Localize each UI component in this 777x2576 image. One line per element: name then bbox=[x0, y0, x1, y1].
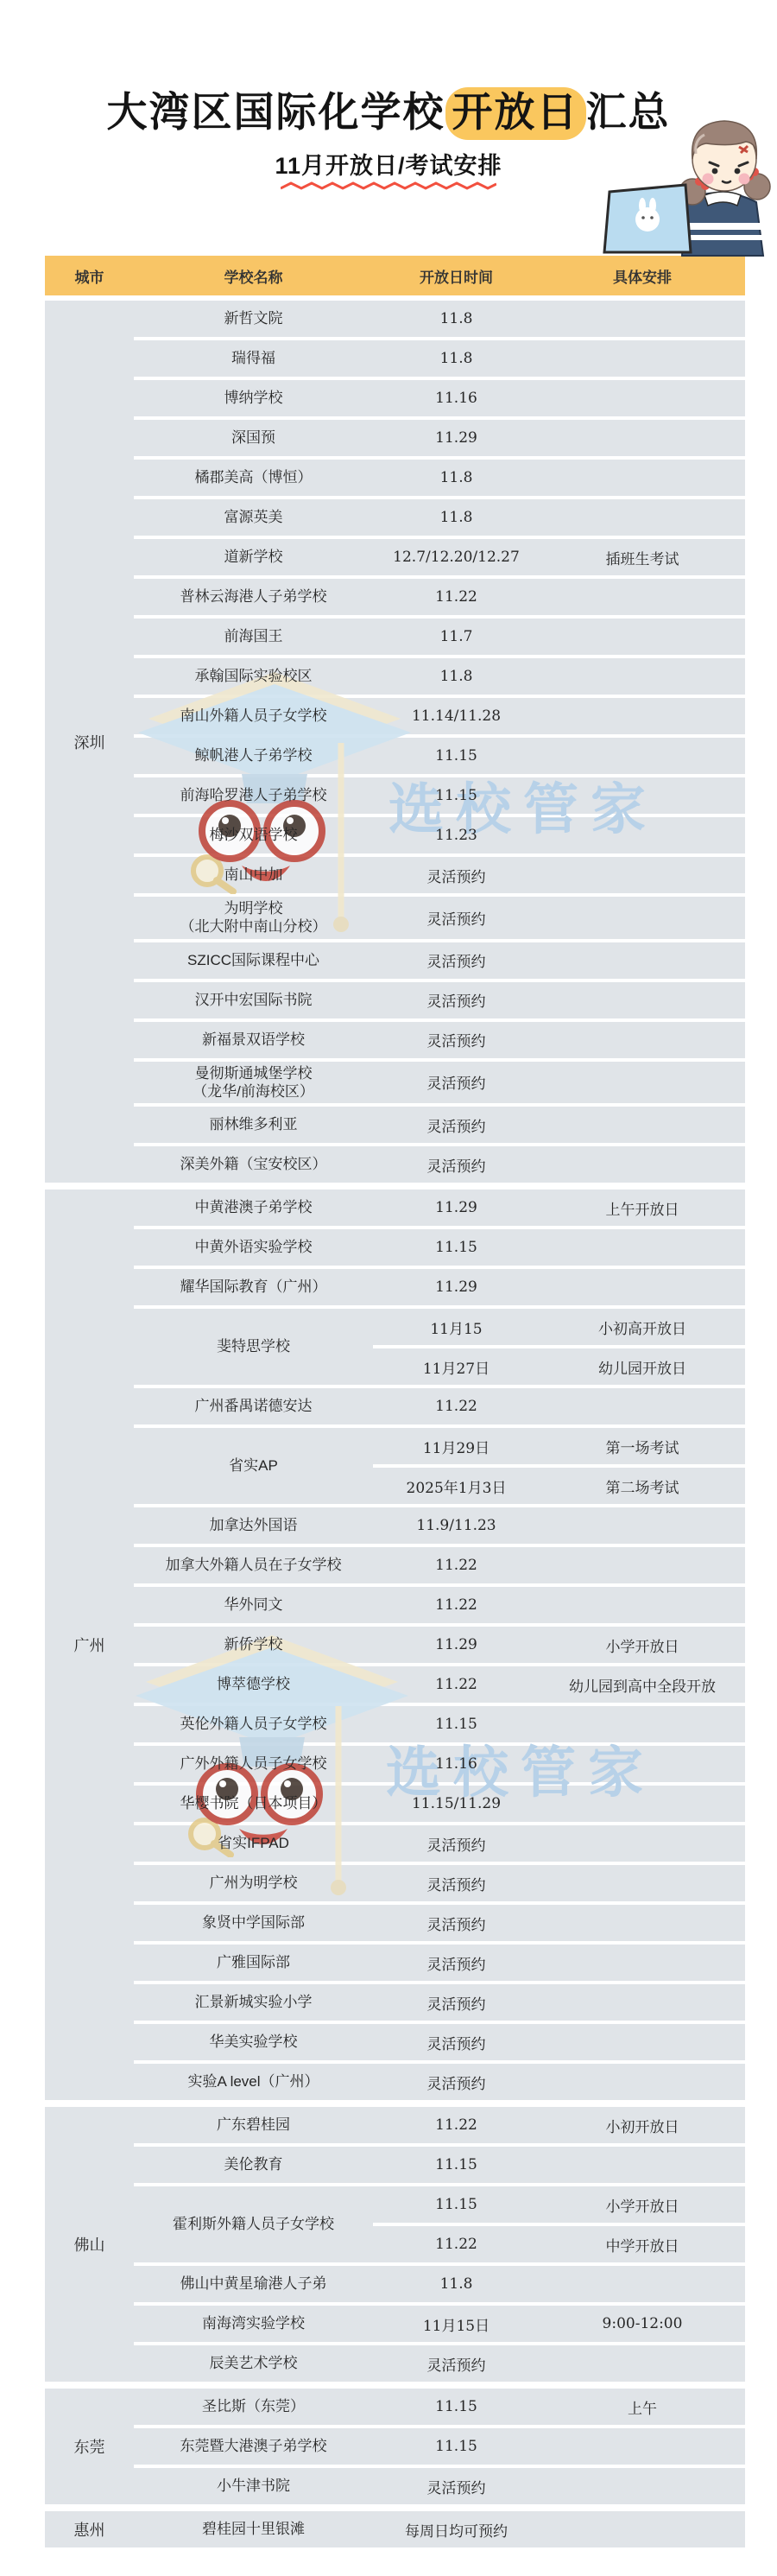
arrangement-cell bbox=[540, 619, 745, 655]
open-date-cell: 每周日均可预约 bbox=[373, 2511, 540, 2547]
arrangement-cell bbox=[540, 1786, 745, 1822]
arrangement: 中学开放日 bbox=[606, 2234, 679, 2256]
open-date-cell: 11.15/11.29 bbox=[373, 1786, 540, 1822]
open-date: 灵活预约 bbox=[427, 1952, 486, 1974]
open-date-cell: 灵活预约 bbox=[373, 1825, 540, 1862]
school-name-cell: 小牛津书院 bbox=[134, 2468, 373, 2504]
school-name-cell: 新哲文院 bbox=[134, 301, 373, 337]
table-row: 前海哈罗港人子弟学校11.15 bbox=[134, 777, 745, 814]
school-name: 中黄港澳子弟学校 bbox=[195, 1198, 313, 1216]
open-date-cell: 灵活预约 bbox=[373, 2468, 540, 2504]
school-name-cell: 象贤中学国际部 bbox=[134, 1905, 373, 1941]
open-date-cell: 11.15 bbox=[373, 2147, 540, 2183]
table-subrow: 11.22中学开放日 bbox=[373, 2226, 745, 2262]
school-name: 省实IFPAD bbox=[218, 1834, 289, 1852]
school-name: 加拿达外国语 bbox=[210, 1516, 298, 1534]
open-date-cell: 灵活预约 bbox=[373, 1022, 540, 1058]
arrangement-cell bbox=[540, 1945, 745, 1981]
school-name-cell: 橘郡美高（博恒） bbox=[134, 460, 373, 496]
table-row: 博萃德学校11.22幼儿园到高中全段开放 bbox=[134, 1666, 745, 1703]
arrangement-cell bbox=[540, 2064, 745, 2100]
open-date: 11.22 bbox=[435, 1596, 477, 1614]
school-name-cell: 华美实验学校 bbox=[134, 2024, 373, 2060]
school-name-cell: 道新学校 bbox=[134, 539, 373, 575]
school-name: 道新学校 bbox=[224, 548, 283, 566]
open-date-cell: 11.29 bbox=[373, 1269, 540, 1305]
arrangement: 小学开放日 bbox=[606, 1634, 679, 1656]
open-date: 11.15 bbox=[435, 2156, 477, 2173]
school-name: 鲸帆港人子弟学校 bbox=[195, 746, 313, 765]
school-name-cell: 斐特思学校 bbox=[134, 1309, 373, 1385]
school-name: 博萃德学校 bbox=[217, 1675, 290, 1693]
arrangement-cell: 上午 bbox=[540, 2389, 745, 2425]
open-date: 灵活预约 bbox=[427, 907, 486, 929]
open-date: 灵活预约 bbox=[427, 2072, 486, 2093]
table-row: 耀华国际教育（广州）11.29 bbox=[134, 1269, 745, 1305]
table-row: 实验A level（广州）灵活预约 bbox=[134, 2064, 745, 2100]
city-cell: 深圳 bbox=[45, 301, 134, 1183]
open-date-cell: 11.8 bbox=[373, 658, 540, 695]
school-name: 辰美艺术学校 bbox=[210, 2354, 298, 2372]
title-prefix: 大湾区国际化学校 bbox=[107, 89, 445, 135]
arrangement-cell bbox=[540, 1388, 745, 1424]
school-name-cell: 博纳学校 bbox=[134, 380, 373, 416]
open-date-cell: 11.16 bbox=[373, 380, 540, 416]
open-date: 灵活预约 bbox=[427, 2032, 486, 2053]
school-name-cell: 南山中加 bbox=[134, 857, 373, 893]
school-name: 富源英美 bbox=[224, 508, 283, 526]
open-date: 11.9/11.23 bbox=[416, 1517, 496, 1534]
arrangement-cell: 插班生考试 bbox=[540, 539, 745, 575]
table-subrow: 11月27日幼儿园开放日 bbox=[373, 1348, 745, 1385]
table-row: 汇景新城实验小学灵活预约 bbox=[134, 1984, 745, 2021]
open-date: 灵活预约 bbox=[427, 1833, 486, 1855]
table-row: 霍利斯外籍人员子女学校11.15小学开放日11.22中学开放日 bbox=[134, 2186, 745, 2262]
header-city-label: 城市 bbox=[75, 265, 104, 287]
school-name-cell: 东莞暨大港澳子弟学校 bbox=[134, 2428, 373, 2465]
table-row: 博纳学校11.16 bbox=[134, 380, 745, 416]
open-date: 11.22 bbox=[435, 1398, 477, 1415]
section-rows: 碧桂园十里银滩每周日均可预约 bbox=[134, 2511, 745, 2547]
city-section: 东莞圣比斯（东莞）11.15上午东莞暨大港澳子弟学校11.15小牛津书院灵活预约 bbox=[45, 2389, 745, 2504]
open-date: 11.8 bbox=[440, 469, 473, 486]
section-rows: 中黄港澳子弟学校11.29上午开放日中黄外语实验学校11.15耀华国际教育（广州… bbox=[134, 1190, 745, 2100]
arrangement-cell: 小学开放日 bbox=[540, 1627, 745, 1663]
school-name: 东莞暨大港澳子弟学校 bbox=[180, 2437, 327, 2455]
city-cell: 佛山 bbox=[45, 2107, 134, 2382]
school-name: 耀华国际教育（广州） bbox=[180, 1278, 327, 1296]
open-date: 11.15 bbox=[435, 2438, 477, 2455]
header-city: 城市 bbox=[45, 265, 134, 287]
table-row: 深美外籍（宝安校区）灵活预约 bbox=[134, 1146, 745, 1183]
school-name-cell: 耀华国际教育（广州） bbox=[134, 1269, 373, 1305]
school-name: 瑞得福 bbox=[231, 349, 275, 367]
open-date-cell: 11.29 bbox=[373, 1627, 540, 1663]
open-date-cell: 11月29日 bbox=[373, 1428, 540, 1464]
open-date: 11.22 bbox=[435, 1676, 477, 1693]
open-date-cell: 11.22 bbox=[373, 2107, 540, 2143]
table-row: 梅沙双语学校11.23 bbox=[134, 817, 745, 853]
section-rows: 圣比斯（东莞）11.15上午东莞暨大港澳子弟学校11.15小牛津书院灵活预约 bbox=[134, 2389, 745, 2504]
table-header-row: 城市 学校名称 开放日时间 具体安排 bbox=[45, 256, 745, 295]
open-date: 11.15/11.29 bbox=[412, 1795, 501, 1812]
open-date: 11.8 bbox=[440, 310, 473, 327]
arrangement-cell bbox=[540, 1062, 745, 1104]
open-date: 11.29 bbox=[435, 1636, 477, 1653]
school-name-cell: 博萃德学校 bbox=[134, 1666, 373, 1703]
arrangement-cell bbox=[540, 2147, 745, 2183]
school-name: 普林云海港人子弟学校 bbox=[180, 587, 327, 606]
table-row: 广州为明学校灵活预约 bbox=[134, 1865, 745, 1901]
table-row: 为明学校 （北大附中南山分校）灵活预约 bbox=[134, 897, 745, 939]
school-name: 梅沙双语学校 bbox=[210, 826, 298, 844]
arrangement: 插班生考试 bbox=[606, 547, 679, 568]
table-row: 曼彻斯通城堡学校 （龙华/前海校区）灵活预约 bbox=[134, 1062, 745, 1104]
open-date: 11.16 bbox=[435, 390, 477, 407]
table-subrow: 11月15小初高开放日 bbox=[373, 1309, 745, 1345]
arrangement-cell: 小初高开放日 bbox=[540, 1309, 745, 1345]
arrangement-cell bbox=[540, 897, 745, 939]
open-date: 11月15日 bbox=[423, 2313, 490, 2335]
table-row: 丽林维多利亚灵活预约 bbox=[134, 1107, 745, 1143]
table-row: 承翰国际实验校区11.8 bbox=[134, 658, 745, 695]
city-label: 广州 bbox=[74, 1634, 105, 1656]
school-name-cell: 汇景新城实验小学 bbox=[134, 1984, 373, 2021]
header-note: 具体安排 bbox=[540, 265, 745, 287]
title-highlight: 开放日 bbox=[445, 87, 586, 140]
school-name-cell: 深国预 bbox=[134, 420, 373, 456]
city-label: 深圳 bbox=[74, 731, 105, 753]
arrangement-cell: 上午开放日 bbox=[540, 1190, 745, 1226]
arrangement-cell bbox=[540, 420, 745, 456]
school-name: 华美实验学校 bbox=[210, 2033, 298, 2051]
arrangement-cell bbox=[540, 1746, 745, 1782]
table-row: 美伦教育11.15 bbox=[134, 2147, 745, 2183]
open-date-cell: 11.15 bbox=[373, 2389, 540, 2425]
open-date: 灵活预约 bbox=[427, 1913, 486, 1934]
arrangement-cell: 幼儿园开放日 bbox=[540, 1348, 745, 1385]
open-date-cell: 11.9/11.23 bbox=[373, 1507, 540, 1544]
table-sections: 深圳新哲文院11.8瑞得福11.8博纳学校11.16深国预11.29橘郡美高（博… bbox=[45, 301, 745, 2547]
open-date-cell: 11月15 bbox=[373, 1309, 540, 1345]
open-date: 11.22 bbox=[435, 2236, 477, 2253]
school-name: 中黄外语实验学校 bbox=[195, 1238, 313, 1256]
arrangement-cell: 第一场考试 bbox=[540, 1428, 745, 1464]
school-name-cell: 鲸帆港人子弟学校 bbox=[134, 738, 373, 774]
arrangement-cell bbox=[540, 1547, 745, 1583]
school-name: 南山中加 bbox=[224, 866, 283, 884]
table-row: 华外同文11.22 bbox=[134, 1587, 745, 1623]
arrangement-cell bbox=[540, 2428, 745, 2465]
table-row: 新侨学校11.29小学开放日 bbox=[134, 1627, 745, 1663]
open-date: 11.15 bbox=[435, 747, 477, 765]
arrangement: 幼儿园开放日 bbox=[598, 1356, 686, 1378]
arrangement-cell bbox=[540, 2345, 745, 2382]
open-date-cell: 灵活预约 bbox=[373, 2024, 540, 2060]
arrangement: 9:00-12:00 bbox=[603, 2315, 683, 2332]
open-date-cell: 灵活预约 bbox=[373, 982, 540, 1018]
open-date: 灵活预约 bbox=[427, 1992, 486, 2014]
school-name: 碧桂园十里银滩 bbox=[202, 2520, 305, 2538]
city-section: 广州中黄港澳子弟学校11.29上午开放日中黄外语实验学校11.15耀华国际教育（… bbox=[45, 1190, 745, 2100]
open-date: 灵活预约 bbox=[427, 865, 486, 886]
subrows: 11月29日第一场考试2025年1月3日第二场考试 bbox=[373, 1428, 745, 1504]
table-row: 广东碧桂园11.22小初开放日 bbox=[134, 2107, 745, 2143]
open-date-cell: 11.29 bbox=[373, 420, 540, 456]
school-name-cell: 加拿达外国语 bbox=[134, 1507, 373, 1544]
school-name: 南山外籍人员子女学校 bbox=[180, 707, 327, 725]
open-date-cell: 灵活预约 bbox=[373, 1865, 540, 1901]
open-date-cell: 11.15 bbox=[373, 738, 540, 774]
open-date-cell: 11.15 bbox=[373, 1229, 540, 1266]
school-name: 广雅国际部 bbox=[217, 1953, 290, 1971]
arrangement-cell bbox=[540, 1269, 745, 1305]
table-row: 华樱书院（日本项目）11.15/11.29 bbox=[134, 1786, 745, 1822]
school-name: 深国预 bbox=[231, 428, 275, 447]
open-date-cell: 11.14/11.28 bbox=[373, 698, 540, 734]
school-name-cell: 普林云海港人子弟学校 bbox=[134, 579, 373, 615]
table-row: 中黄港澳子弟学校11.29上午开放日 bbox=[134, 1190, 745, 1226]
open-date: 11月27日 bbox=[423, 1356, 490, 1378]
open-date-cell: 11.8 bbox=[373, 2266, 540, 2302]
school-name-cell: 为明学校 （北大附中南山分校） bbox=[134, 897, 373, 939]
school-name-cell: 汉开中宏国际书院 bbox=[134, 982, 373, 1018]
open-date: 11月29日 bbox=[423, 1436, 490, 1457]
open-date: 每周日均可预约 bbox=[405, 2519, 508, 2541]
school-name-cell: 新福景双语学校 bbox=[134, 1022, 373, 1058]
open-date: 11.8 bbox=[440, 2275, 473, 2293]
arrangement: 小初高开放日 bbox=[598, 1317, 686, 1338]
school-name: 新侨学校 bbox=[224, 1635, 283, 1653]
school-name-cell: 曼彻斯通城堡学校 （龙华/前海校区） bbox=[134, 1062, 373, 1104]
table-row: 道新学校12.7/12.20/12.27插班生考试 bbox=[134, 539, 745, 575]
school-name: 圣比斯（东莞） bbox=[202, 2397, 305, 2415]
open-date-cell: 11.7 bbox=[373, 619, 540, 655]
school-name-cell: 深美外籍（宝安校区） bbox=[134, 1146, 373, 1183]
open-date-cell: 11.8 bbox=[373, 499, 540, 536]
school-name-cell: 承翰国际实验校区 bbox=[134, 658, 373, 695]
school-name: 省实AP bbox=[229, 1456, 278, 1475]
table-row: 普林云海港人子弟学校11.22 bbox=[134, 579, 745, 615]
school-name-cell: 南山外籍人员子女学校 bbox=[134, 698, 373, 734]
school-name-cell: 华外同文 bbox=[134, 1587, 373, 1623]
open-date: 2025年1月3日 bbox=[407, 1475, 507, 1497]
open-date: 灵活预约 bbox=[427, 1154, 486, 1176]
open-date-cell: 灵活预约 bbox=[373, 1984, 540, 2021]
open-date: 11月15 bbox=[430, 1317, 482, 1338]
open-date-cell: 灵活预约 bbox=[373, 2064, 540, 2100]
open-date-cell: 灵活预约 bbox=[373, 857, 540, 893]
open-date: 11.7 bbox=[440, 628, 473, 645]
arrangement-cell bbox=[540, 982, 745, 1018]
table-row: 新哲文院11.8 bbox=[134, 301, 745, 337]
open-date: 11.8 bbox=[440, 668, 473, 685]
table-row: 佛山中黄星瑜港人子弟11.8 bbox=[134, 2266, 745, 2302]
arrangement-cell bbox=[540, 460, 745, 496]
arrangement-cell bbox=[540, 1229, 745, 1266]
school-name-cell: 中黄外语实验学校 bbox=[134, 1229, 373, 1266]
open-date-cell: 灵活预约 bbox=[373, 1905, 540, 1941]
arrangement-cell bbox=[540, 2511, 745, 2547]
arrangement-cell bbox=[540, 340, 745, 377]
table-row: 辰美艺术学校灵活预约 bbox=[134, 2345, 745, 2382]
table-row: 圣比斯（东莞）11.15上午 bbox=[134, 2389, 745, 2425]
arrangement-cell bbox=[540, 817, 745, 853]
school-name: 新福景双语学校 bbox=[202, 1031, 305, 1049]
arrangement-cell bbox=[540, 2266, 745, 2302]
school-name: 英伦外籍人员子女学校 bbox=[180, 1715, 327, 1733]
school-name: 加拿大外籍人员在子女学校 bbox=[166, 1556, 342, 1574]
school-name: 为明学校 （北大附中南山分校） bbox=[180, 899, 327, 936]
open-date-cell: 灵活预约 bbox=[373, 2345, 540, 2382]
open-date: 11.8 bbox=[440, 350, 473, 367]
table-row: 橘郡美高（博恒）11.8 bbox=[134, 460, 745, 496]
school-name-cell: 富源英美 bbox=[134, 499, 373, 536]
open-date-cell: 11.15 bbox=[373, 2428, 540, 2465]
table-row: 前海国王11.7 bbox=[134, 619, 745, 655]
section-rows: 新哲文院11.8瑞得福11.8博纳学校11.16深国预11.29橘郡美高（博恒）… bbox=[134, 301, 745, 1183]
open-date: 灵活预约 bbox=[427, 989, 486, 1011]
open-date: 11.15 bbox=[435, 1239, 477, 1256]
open-date: 11.22 bbox=[435, 2116, 477, 2134]
header-school-label: 学校名称 bbox=[224, 265, 283, 287]
open-date-cell: 灵活预约 bbox=[373, 1146, 540, 1183]
school-name: 小牛津书院 bbox=[217, 2477, 290, 2495]
school-name-cell: 辰美艺术学校 bbox=[134, 2345, 373, 2382]
open-date-cell: 11月15日 bbox=[373, 2306, 540, 2342]
open-date: 11.29 bbox=[435, 429, 477, 447]
arrangement-cell bbox=[540, 1984, 745, 2021]
school-name-cell: 佛山中黄星瑜港人子弟 bbox=[134, 2266, 373, 2302]
open-date-cell: 灵活预约 bbox=[373, 942, 540, 979]
open-date: 11.23 bbox=[435, 827, 477, 844]
open-date-cell: 11.22 bbox=[373, 1587, 540, 1623]
arrangement-cell bbox=[540, 1865, 745, 1901]
arrangement: 上午开放日 bbox=[606, 1197, 679, 1219]
table-row: 斐特思学校11月15小初高开放日11月27日幼儿园开放日 bbox=[134, 1309, 745, 1385]
header-date-label: 开放日时间 bbox=[420, 265, 493, 287]
table-row: 华美实验学校灵活预约 bbox=[134, 2024, 745, 2060]
open-date: 11.8 bbox=[440, 509, 473, 526]
open-date-cell: 灵活预约 bbox=[373, 897, 540, 939]
table-row: 新福景双语学校灵活预约 bbox=[134, 1022, 745, 1058]
open-date-cell: 11.22 bbox=[373, 579, 540, 615]
school-name: SZICC国际课程中心 bbox=[187, 951, 319, 969]
arrangement-cell: 幼儿园到高中全段开放 bbox=[540, 1666, 745, 1703]
zigzag-underline bbox=[281, 181, 496, 190]
school-name-cell: 圣比斯（东莞） bbox=[134, 2389, 373, 2425]
arrangement: 上午 bbox=[628, 2396, 657, 2418]
table-row: 象贤中学国际部灵活预约 bbox=[134, 1905, 745, 1941]
open-date-cell: 11.15 bbox=[373, 2186, 540, 2223]
open-date-cell: 2025年1月3日 bbox=[373, 1468, 540, 1504]
table-row: 广雅国际部灵活预约 bbox=[134, 1945, 745, 1981]
city-section: 深圳新哲文院11.8瑞得福11.8博纳学校11.16深国预11.29橘郡美高（博… bbox=[45, 301, 745, 1183]
open-date-cell: 11.22 bbox=[373, 2226, 540, 2262]
school-name-cell: 广雅国际部 bbox=[134, 1945, 373, 1981]
arrangement-cell bbox=[540, 579, 745, 615]
arrangement-cell bbox=[540, 857, 745, 893]
table-row: 鲸帆港人子弟学校11.15 bbox=[134, 738, 745, 774]
arrangement-cell bbox=[540, 1507, 745, 1544]
open-date-cell: 灵活预约 bbox=[373, 1062, 540, 1104]
city-section: 佛山广东碧桂园11.22小初开放日美伦教育11.15霍利斯外籍人员子女学校11.… bbox=[45, 2107, 745, 2382]
arrangement-cell bbox=[540, 738, 745, 774]
school-name: 汇景新城实验小学 bbox=[195, 1993, 313, 2011]
table-row: 加拿大外籍人员在子女学校11.22 bbox=[134, 1547, 745, 1583]
open-date-cell: 11.15 bbox=[373, 777, 540, 814]
open-date: 灵活预约 bbox=[427, 2476, 486, 2497]
open-date: 11.22 bbox=[435, 1557, 477, 1574]
school-name: 象贤中学国际部 bbox=[202, 1913, 305, 1932]
school-name-cell: 前海哈罗港人子弟学校 bbox=[134, 777, 373, 814]
arrangement-cell bbox=[540, 942, 745, 979]
open-date-cell: 11.15 bbox=[373, 1706, 540, 1742]
table-row: 南山中加灵活预约 bbox=[134, 857, 745, 893]
arrangement-cell bbox=[540, 1905, 745, 1941]
arrangement: 第一场考试 bbox=[606, 1436, 679, 1457]
city-section: 惠州碧桂园十里银滩每周日均可预约 bbox=[45, 2511, 745, 2547]
arrangement-cell bbox=[540, 1022, 745, 1058]
table-row: 省实AP11月29日第一场考试2025年1月3日第二场考试 bbox=[134, 1428, 745, 1504]
school-name: 广州番禺诺德安达 bbox=[195, 1397, 313, 1415]
arrangement-cell bbox=[540, 1146, 745, 1183]
header-school: 学校名称 bbox=[134, 265, 373, 287]
open-date: 灵活预约 bbox=[427, 1071, 486, 1093]
open-date-cell: 11.23 bbox=[373, 817, 540, 853]
open-date: 灵活预约 bbox=[427, 2353, 486, 2375]
open-day-table: 城市 学校名称 开放日时间 具体安排 深圳新哲文院11.8瑞得福11.8博纳学校… bbox=[45, 256, 745, 2547]
arrangement-cell: 9:00-12:00 bbox=[540, 2306, 745, 2342]
school-name: 华樱书院（日本项目） bbox=[180, 1794, 327, 1812]
table-row: 南海湾实验学校11月15日9:00-12:00 bbox=[134, 2306, 745, 2342]
arrangement-cell bbox=[540, 658, 745, 695]
school-name-cell: 美伦教育 bbox=[134, 2147, 373, 2183]
girl-with-laptop-illustration bbox=[603, 109, 772, 257]
open-date-cell: 11.8 bbox=[373, 340, 540, 377]
table-row: 广州番禺诺德安达11.22 bbox=[134, 1388, 745, 1424]
arrangement-cell bbox=[540, 499, 745, 536]
arrangement-cell bbox=[540, 1825, 745, 1862]
table-row: 中黄外语实验学校11.15 bbox=[134, 1229, 745, 1266]
open-date-cell: 灵活预约 bbox=[373, 1107, 540, 1143]
school-name: 霍利斯外籍人员子女学校 bbox=[173, 2215, 334, 2233]
school-name-cell: 广州番禺诺德安达 bbox=[134, 1388, 373, 1424]
school-name-cell: 广东碧桂园 bbox=[134, 2107, 373, 2143]
infographic-page: 大湾区国际化学校开放日汇总 11月开放日/考试安排 城市 学校名称 开放日时间 … bbox=[0, 0, 777, 2576]
arrangement: 小学开放日 bbox=[606, 2194, 679, 2216]
school-name-cell: 梅沙双语学校 bbox=[134, 817, 373, 853]
arrangement-cell bbox=[540, 2024, 745, 2060]
arrangement-cell: 第二场考试 bbox=[540, 1468, 745, 1504]
arrangement: 第二场考试 bbox=[606, 1475, 679, 1497]
open-date-cell: 12.7/12.20/12.27 bbox=[373, 539, 540, 575]
table-subrow: 11月29日第一场考试 bbox=[373, 1428, 745, 1464]
open-date: 11.29 bbox=[435, 1278, 477, 1296]
school-name-cell: 实验A level（广州） bbox=[134, 2064, 373, 2100]
table-row: SZICC国际课程中心灵活预约 bbox=[134, 942, 745, 979]
school-name: 美伦教育 bbox=[224, 2155, 283, 2173]
table-row: 东莞暨大港澳子弟学校11.15 bbox=[134, 2428, 745, 2465]
open-date: 灵活预约 bbox=[427, 949, 486, 971]
open-date: 11.15 bbox=[435, 2398, 477, 2415]
school-name-cell: 瑞得福 bbox=[134, 340, 373, 377]
table-row: 英伦外籍人员子女学校11.15 bbox=[134, 1706, 745, 1742]
school-name: 汉开中宏国际书院 bbox=[195, 991, 313, 1009]
open-date: 11.15 bbox=[435, 2196, 477, 2213]
table-subrow: 11.15小学开放日 bbox=[373, 2186, 745, 2223]
school-name: 深美外籍（宝安校区） bbox=[180, 1155, 327, 1173]
